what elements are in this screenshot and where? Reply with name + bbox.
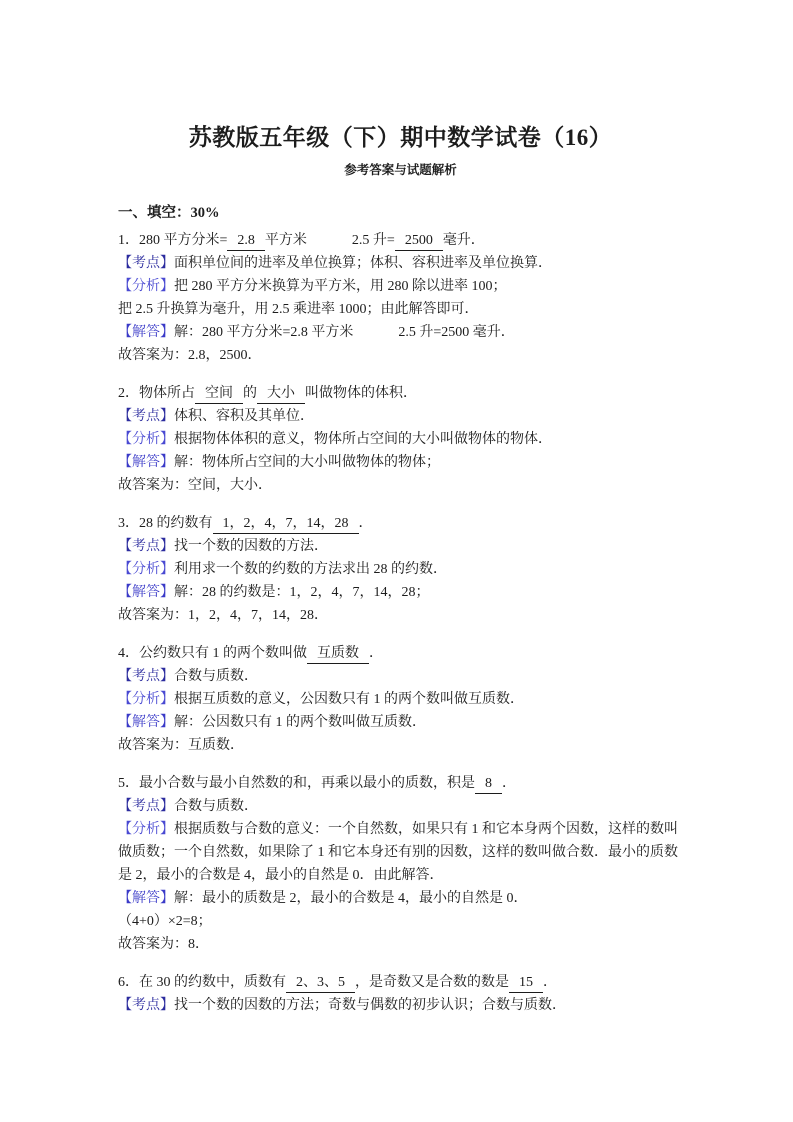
text-run: 故答案为：互质数． bbox=[118, 738, 244, 753]
kaodian-label: 【考点】 bbox=[118, 669, 174, 684]
question-line: 6．在 30 的约数中，质数有2、3、5，是奇数又是合数的数是15． bbox=[118, 971, 683, 994]
jieda-label: 【解答】 bbox=[118, 455, 174, 470]
text-run: 面积单位间的进率及单位换算；体积、容积进率及单位换算． bbox=[174, 256, 552, 271]
question-line: 【解答】解：280 平方分米=2.8 平方米2.5 升=2500 毫升． bbox=[118, 321, 683, 344]
text-run: 毫升． bbox=[443, 233, 485, 248]
kaodian-label: 【考点】 bbox=[118, 539, 174, 554]
text-run: 利用求一个数的约数的方法求出 28 的约数． bbox=[174, 562, 447, 577]
question-line: 3．28 的约数有1，2，4，7，14，28． bbox=[118, 512, 683, 535]
answer-blank: 2500 bbox=[395, 231, 443, 251]
text-run: 合数与质数． bbox=[174, 669, 258, 684]
text-run: 2．物体所占 bbox=[118, 386, 195, 401]
question-line: 【解答】解：最小的质数是 2，最小的合数是 4，最小的自然是 0． bbox=[118, 887, 683, 910]
fenxi-label: 【分析】 bbox=[118, 692, 174, 707]
jieda-label: 【解答】 bbox=[118, 715, 174, 730]
question-block: 2．物体所占空间的大小叫做物体的体积．【考点】体积、容积及其单位．【分析】根据物… bbox=[118, 382, 683, 497]
question-block: 6．在 30 的约数中，质数有2、3、5，是奇数又是合数的数是15．【考点】找一… bbox=[118, 971, 683, 1017]
text-run: ． bbox=[502, 776, 516, 791]
text-run: ． bbox=[369, 646, 383, 661]
question-line: 【分析】根据互质数的意义，公因数只有 1 的两个数叫做互质数． bbox=[118, 688, 683, 711]
text-run: 平方米 bbox=[265, 233, 307, 248]
text-run: 做质数；一个自然数，如果除了 1 和它本身还有别的因数，这样的数叫做合数．最小的… bbox=[118, 845, 678, 860]
text-run: 叫做物体的体积． bbox=[305, 386, 417, 401]
text-run: 合数与质数． bbox=[174, 799, 258, 814]
question-line: 【考点】面积单位间的进率及单位换算；体积、容积进率及单位换算． bbox=[118, 252, 683, 275]
answer-blank: 空间 bbox=[195, 384, 243, 404]
fenxi-label: 【分析】 bbox=[118, 562, 174, 577]
text-run: 1．280 平方分米= bbox=[118, 233, 227, 248]
question-line: 【考点】合数与质数． bbox=[118, 665, 683, 688]
answer-blank: 8 bbox=[475, 774, 502, 794]
question-line: 【解答】解：物体所占空间的大小叫做物体的物体； bbox=[118, 451, 683, 474]
text-run: 根据互质数的意义，公因数只有 1 的两个数叫做互质数． bbox=[174, 692, 524, 707]
question-line: 5．最小合数与最小自然数的和，再乘以最小的质数，积是8． bbox=[118, 772, 683, 795]
text-run: 解：28 的约数是：1，2，4，7，14，28； bbox=[174, 585, 430, 600]
question-line: 【考点】找一个数的因数的方法；奇数与偶数的初步认识；合数与质数． bbox=[118, 994, 683, 1017]
jieda-label: 【解答】 bbox=[118, 325, 174, 340]
fenxi-label: 【分析】 bbox=[118, 279, 174, 294]
text-run: 2.5 升= bbox=[352, 233, 395, 248]
text-run: 5．最小合数与最小自然数的和，再乘以最小的质数，积是 bbox=[118, 776, 475, 791]
kaodian-label: 【考点】 bbox=[118, 256, 174, 271]
question-line: 故答案为：互质数． bbox=[118, 734, 683, 757]
question-line: 2．物体所占空间的大小叫做物体的体积． bbox=[118, 382, 683, 405]
question-line: 把 2.5 升换算为毫升，用 2.5 乘进率 1000；由此解答即可． bbox=[118, 298, 683, 321]
text-run: 根据质数与合数的意义：一个自然数，如果只有 1 和它本身两个因数，这样的数叫 bbox=[174, 822, 678, 837]
text-run: 3．28 的约数有 bbox=[118, 516, 213, 531]
kaodian-label: 【考点】 bbox=[118, 998, 174, 1013]
question-line: 故答案为：空间，大小． bbox=[118, 474, 683, 497]
text-run: ． bbox=[359, 516, 373, 531]
question-line: 【分析】根据物体体积的意义，物体所占空间的大小叫做物体的物体． bbox=[118, 428, 683, 451]
document-page: 苏教版五年级（下）期中数学试卷（16） 参考答案与试题解析 一、填空：30% 1… bbox=[0, 0, 793, 1122]
text-run: ． bbox=[543, 975, 557, 990]
question-line: 故答案为：8． bbox=[118, 933, 683, 956]
question-line: 故答案为：1，2，4，7，14，28． bbox=[118, 604, 683, 627]
text-run: 解：最小的质数是 2，最小的合数是 4，最小的自然是 0． bbox=[174, 891, 528, 906]
text-run: 故答案为：1，2，4，7，14，28． bbox=[118, 608, 328, 623]
answer-blank: 2、3、5 bbox=[286, 973, 355, 993]
question-line: 【分析】根据质数与合数的意义：一个自然数，如果只有 1 和它本身两个因数，这样的… bbox=[118, 818, 683, 841]
text-run: ，是奇数又是合数的数是 bbox=[355, 975, 509, 990]
text-run: 的 bbox=[243, 386, 257, 401]
doc-subtitle: 参考答案与试题解析 bbox=[118, 162, 683, 178]
jieda-label: 【解答】 bbox=[118, 585, 174, 600]
text-run: 6．在 30 的约数中，质数有 bbox=[118, 975, 286, 990]
text-run: 解：公因数只有 1 的两个数叫做互质数． bbox=[174, 715, 426, 730]
text-run: 根据物体体积的意义，物体所占空间的大小叫做物体的物体． bbox=[174, 432, 552, 447]
question-line: 【考点】体积、容积及其单位． bbox=[118, 405, 683, 428]
doc-title: 苏教版五年级（下）期中数学试卷（16） bbox=[118, 123, 683, 153]
text-run: （4+0）×2=8； bbox=[118, 914, 212, 929]
question-line: 做质数；一个自然数，如果除了 1 和它本身还有别的因数，这样的数叫做合数．最小的… bbox=[118, 841, 683, 864]
kaodian-label: 【考点】 bbox=[118, 409, 174, 424]
question-block: 1．280 平方分米=2.8平方米2.5 升=2500毫升．【考点】面积单位间的… bbox=[118, 229, 683, 367]
text-run: 故答案为：8． bbox=[118, 937, 209, 952]
question-line: 【考点】找一个数的因数的方法． bbox=[118, 535, 683, 558]
text-run: 故答案为：2.8，2500． bbox=[118, 348, 262, 363]
text-run: 故答案为：空间，大小． bbox=[118, 478, 272, 493]
fenxi-label: 【分析】 bbox=[118, 432, 174, 447]
text-run: 把 2.5 升换算为毫升，用 2.5 乘进率 1000；由此解答即可． bbox=[118, 302, 479, 317]
question-block: 5．最小合数与最小自然数的和，再乘以最小的质数，积是8．【考点】合数与质数．【分… bbox=[118, 772, 683, 956]
text-run: 4．公约数只有 1 的两个数叫做 bbox=[118, 646, 307, 661]
question-line: （4+0）×2=8； bbox=[118, 910, 683, 933]
text-run: 解：物体所占空间的大小叫做物体的物体； bbox=[174, 455, 440, 470]
question-line: 【考点】合数与质数． bbox=[118, 795, 683, 818]
text-run: 找一个数的因数的方法． bbox=[174, 539, 328, 554]
question-block: 3．28 的约数有1，2，4，7，14，28．【考点】找一个数的因数的方法．【分… bbox=[118, 512, 683, 627]
answer-blank: 2.8 bbox=[227, 231, 265, 251]
question-block: 4．公约数只有 1 的两个数叫做互质数．【考点】合数与质数．【分析】根据互质数的… bbox=[118, 642, 683, 757]
question-line: 4．公约数只有 1 的两个数叫做互质数． bbox=[118, 642, 683, 665]
answer-blank: 15 bbox=[509, 973, 543, 993]
questions-container: 1．280 平方分米=2.8平方米2.5 升=2500毫升．【考点】面积单位间的… bbox=[118, 229, 683, 1017]
answer-blank: 互质数 bbox=[307, 644, 369, 664]
jieda-label: 【解答】 bbox=[118, 891, 174, 906]
text-run: 解：280 平方分米=2.8 平方米 bbox=[174, 325, 353, 340]
question-line: 【分析】把 280 平方分米换算为平方米，用 280 除以进率 100； bbox=[118, 275, 683, 298]
text-run: 体积、容积及其单位． bbox=[174, 409, 314, 424]
section-header: 一、填空：30% bbox=[118, 202, 683, 224]
question-line: 【分析】利用求一个数的约数的方法求出 28 的约数． bbox=[118, 558, 683, 581]
text-run: 把 280 平方分米换算为平方米，用 280 除以进率 100； bbox=[174, 279, 507, 294]
question-line: 故答案为：2.8，2500． bbox=[118, 344, 683, 367]
text-run: 2.5 升=2500 毫升． bbox=[398, 325, 514, 340]
question-line: 【解答】解：公因数只有 1 的两个数叫做互质数． bbox=[118, 711, 683, 734]
question-line: 是 2，最小的合数是 4，最小的自然是 0．由此解答． bbox=[118, 864, 683, 887]
fenxi-label: 【分析】 bbox=[118, 822, 174, 837]
question-line: 1．280 平方分米=2.8平方米2.5 升=2500毫升． bbox=[118, 229, 683, 252]
text-run: 找一个数的因数的方法；奇数与偶数的初步认识；合数与质数． bbox=[174, 998, 566, 1013]
text-run: 是 2，最小的合数是 4，最小的自然是 0．由此解答． bbox=[118, 868, 444, 883]
question-line: 【解答】解：28 的约数是：1，2，4，7，14，28； bbox=[118, 581, 683, 604]
kaodian-label: 【考点】 bbox=[118, 799, 174, 814]
answer-blank: 大小 bbox=[257, 384, 305, 404]
answer-blank: 1，2，4，7，14，28 bbox=[213, 514, 359, 534]
